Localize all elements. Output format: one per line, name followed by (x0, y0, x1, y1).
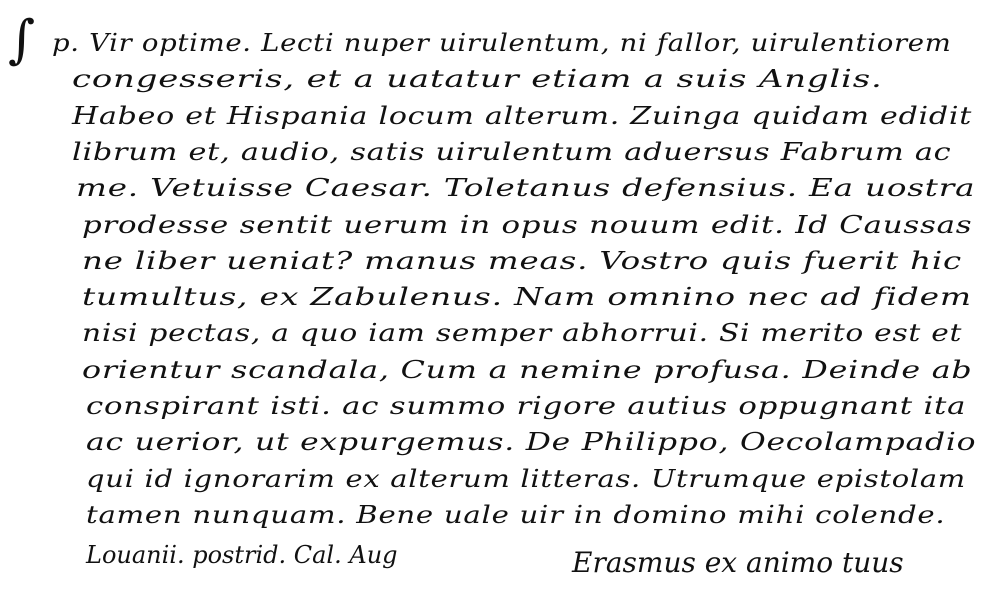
signature: Erasmus ex animo tuus (572, 546, 904, 580)
letter-line: p. Vir optime. Lecti nuper uirulentum, n… (52, 28, 951, 58)
letter-line: ac uerior, ut expurgemus. De Philippo, O… (86, 427, 976, 457)
letter-line: qui id ignorarim ex alterum litteras. Ut… (86, 464, 966, 494)
letter-line: orientur scandala, Cum a nemine profusa.… (82, 355, 973, 385)
letter-line: conspirant isti. ac summo rigore autius … (86, 391, 966, 421)
closing-date: Louanii. postrid. Cal. Aug (86, 540, 398, 570)
section-mark: ∫ (8, 10, 35, 70)
letter-line: tumultus, ex Zabulenus. Nam omnino nec a… (82, 282, 972, 312)
letter-line: prodesse sentit uerum in opus nouum edit… (82, 210, 972, 240)
handwritten-letter-page: ∫ p. Vir optime. Lecti nuper uirulentum,… (0, 0, 1000, 600)
letter-line: Habeo et Hispania locum alterum. Zuinga … (72, 101, 972, 131)
letter-line: me. Vetuisse Caesar. Toletanus defensius… (76, 173, 975, 203)
letter-line: nisi pectas, a quo iam semper abhorrui. … (82, 318, 962, 348)
letter-line: ne liber ueniat? manus meas. Vostro quis… (82, 246, 962, 276)
letter-line: congesseris, et a uatatur etiam a suis A… (72, 64, 883, 94)
letter-line: tamen nunquam. Bene uale uir in domino m… (86, 500, 945, 530)
letter-line: librum et, audio, satis uirulentum aduer… (72, 137, 951, 167)
